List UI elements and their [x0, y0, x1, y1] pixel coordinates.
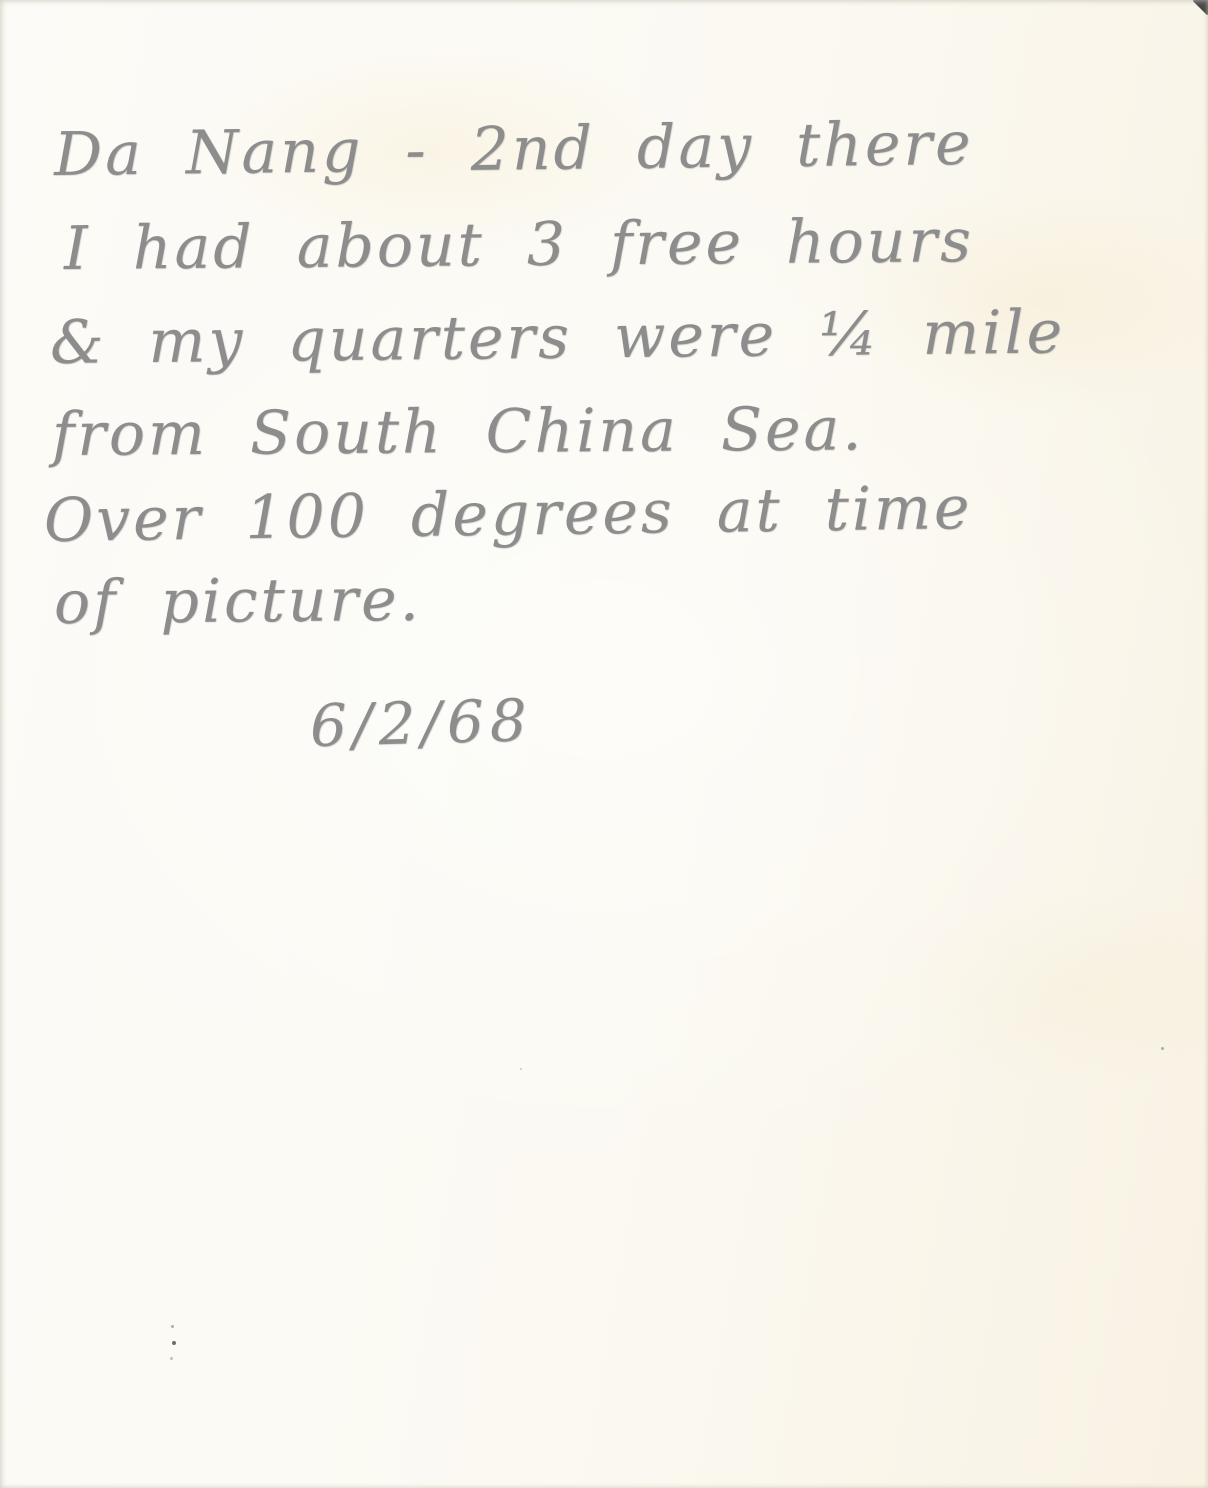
paper-speck — [170, 1357, 173, 1360]
photo-back-paper: Da Nang - 2nd day there I had about 3 fr… — [0, 0, 1208, 1488]
handwritten-line-3: & my quarters were ¼ mile — [50, 297, 1066, 378]
corner-mark — [1193, 0, 1208, 15]
paper-speck — [171, 1325, 174, 1328]
handwritten-line-4: from South China Sea. — [52, 394, 865, 470]
paper-speck — [520, 1068, 522, 1070]
handwritten-line-5: Over 100 degrees at time — [44, 473, 973, 556]
handwritten-date: 6/2/68 — [309, 686, 533, 760]
paper-speck — [1161, 1047, 1164, 1050]
handwritten-line-6: of picture. — [54, 565, 422, 638]
handwritten-line-2: I had about 3 free hours — [64, 206, 974, 284]
paper-speck — [172, 1341, 176, 1345]
handwritten-line-1: Da Nang - 2nd day there — [54, 109, 974, 190]
